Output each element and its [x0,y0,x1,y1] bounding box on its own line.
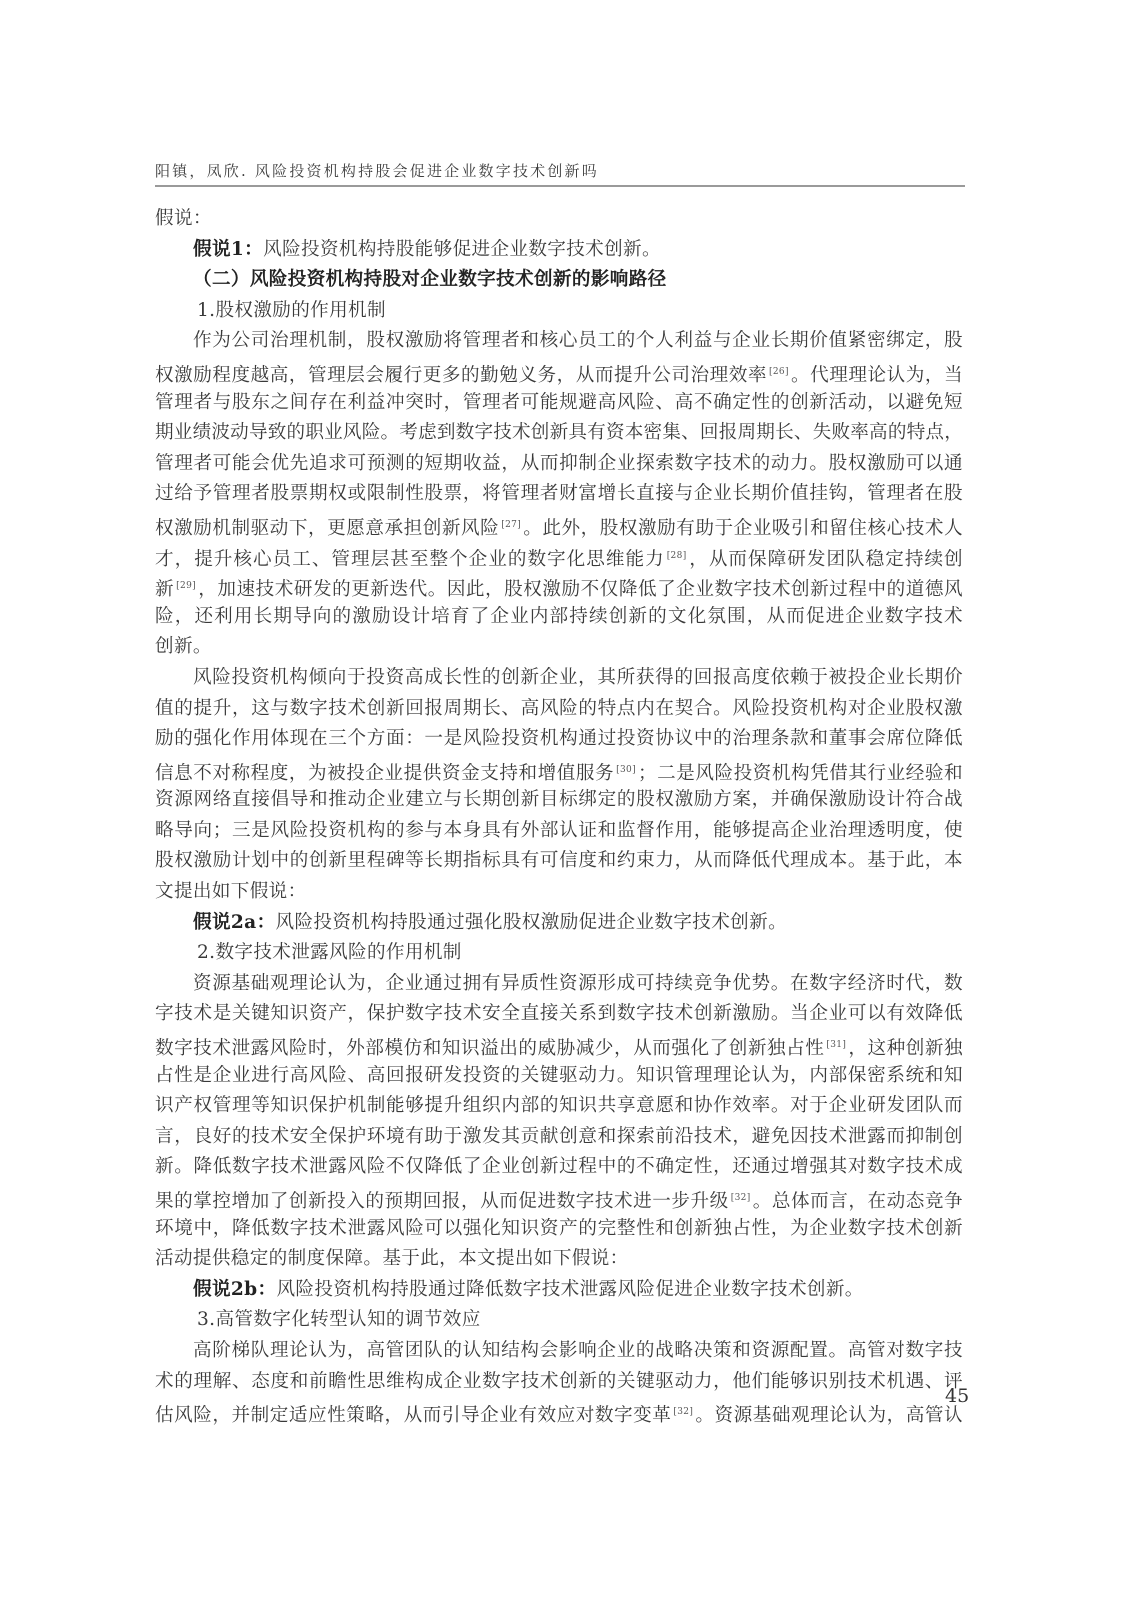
paragraph-text: 资源网络直接倡导和推动企业建立与长期创新目标绑定的股权激励方案，并确保激励设计符… [155,789,963,810]
hypothesis: 假说2a：风险投资机构持股通过强化股权激励促进企业数字技术创新。 [155,908,963,939]
paragraph-line: 权激励程度越高，管理层会履行更多的勤勉义务，从而提升公司治理效率[26]。代理理… [155,357,963,388]
paragraph-line: 新[29]，加速技术研发的更新迭代。因此，股权激励不仅降低了企业数字技术创新过程… [155,571,963,602]
text-segment: ；二是风险投资机构凭借其行业经验和 [638,763,963,784]
text-segment: 新 [155,579,174,600]
paragraph-text: 识产权管理等知识保护机制能够提升组织内部的知识共享意愿和协作效率。对于企业研发团… [155,1095,963,1116]
paragraph-text: 环境中，降低数字技术泄露风险可以强化知识资产的完整性和创新独占性，为企业数字技术… [155,1218,963,1239]
hypothesis-text: 风险投资机构持股通过强化股权激励促进企业数字技术创新。 [276,912,787,933]
paragraph-text: 期业绩波动导致的职业风险。考虑到数字技术创新具有资本密集、回报周期长、失败率高的… [155,422,963,443]
paragraph-text: 占性是企业进行高风险、高回报研发投资的关键驱动力。知识管理理论认为，内部保密系统… [155,1065,963,1086]
paragraph-line: 励的强化作用体现在三个方面：一是风险投资机构通过投资协议中的治理条款和董事会席位… [155,724,963,755]
paragraph-line: 管理者与股东之间存在利益冲突时，管理者可能规避高风险、高不确定性的创新活动，以避… [155,388,963,419]
paragraph-line: 略导向；三是风险投资机构的参与本身具有外部认证和监督作用，能够提高企业治理透明度… [155,816,963,847]
paragraph-line: 权激励机制驱动下，更愿意承担创新风险[27]。此外，股权激励有助于企业吸引和留住… [155,510,963,541]
paragraph-line: 期业绩波动导致的职业风险。考虑到数字技术创新具有资本密集、回报周期长、失败率高的… [155,418,963,449]
paragraph-line: 活动提供稳定的制度保障。基于此，本文提出如下假说： [155,1244,963,1275]
header-rule [155,185,965,187]
text-segment: 。总体而言，在动态竞争 [753,1191,963,1212]
text-segment: 才，提升核心员工、管理层甚至整个企业的数字化思维能力 [155,549,665,570]
paragraph-line: 过给予管理者股票期权或限制性股票，将管理者财富增长直接与企业长期价值挂钩，管理者… [155,479,963,510]
hypothesis-label: 假说1： [193,239,263,260]
text-segment: 数字技术泄露风险时，外部模仿和知识溢出的威胁减少，从而强化了创新独占性 [155,1038,824,1059]
hypothesis-label: 假说2a： [193,912,276,933]
paragraph-text: 股权激励计划中的创新里程碑等长期指标具有可信度和约束力，从而降低代理成本。基于此… [155,850,963,871]
paragraph-line: 环境中，降低数字技术泄露风险可以强化知识资产的完整性和创新独占性，为企业数字技术… [155,1214,963,1245]
subsection-heading: 1.股权激励的作用机制 [155,296,963,327]
paragraph-line: 果的掌控增加了创新投入的预期回报，从而促进数字技术进一步升级[32]。总体而言，… [155,1183,963,1214]
section-heading: （二）风险投资机构持股对企业数字技术创新的影响路径 [155,265,963,296]
text-segment: 。代理理论认为，当 [791,365,963,386]
paragraph-text: 过给予管理者股票期权或限制性股票，将管理者财富增长直接与企业长期价值挂钩，管理者… [155,483,963,504]
paragraph-line: 资源网络直接倡导和推动企业建立与长期创新目标绑定的股权激励方案，并确保激励设计符… [155,785,963,816]
citation-ref[interactable]: [32] [673,1407,693,1417]
paragraph-text: 值的提升，这与数字技术创新回报周期长、高风险的特点内在契合。风险投资机构对企业股… [155,698,963,719]
paragraph-line: 创新。 [155,632,963,663]
citation-ref[interactable]: [30] [616,765,636,775]
paragraph-line: 风险投资机构倾向于投资高成长性的创新企业，其所获得的回报高度依赖于被投企业长期价 [155,663,963,694]
subsection-heading-text: 3.高管数字化转型认知的调节效应 [197,1309,481,1330]
subsection-heading: 2.数字技术泄露风险的作用机制 [155,938,963,969]
running-head: 阳镇，凤欣. 风险投资机构持股会促进企业数字技术创新吗 [155,160,965,181]
paragraph-line: 值的提升，这与数字技术创新回报周期长、高风险的特点内在契合。风险投资机构对企业股… [155,694,963,725]
paragraph-line: 才，提升核心员工、管理层甚至整个企业的数字化思维能力[28]，从而保障研发团队稳… [155,541,963,572]
paragraph-line: 言，良好的技术安全保护环境有助于激发其贡献创意和探索前沿技术，避免因技术泄露而抑… [155,1122,963,1153]
page-number: 45 [945,1385,969,1407]
text-segment: 。此外，股权激励有助于企业吸引和留住核心技术人 [523,518,963,539]
paragraph-line: 术的理解、态度和前瞻性思维构成企业数字技术创新的关键驱动力，他们能够识别技术机遇… [155,1367,963,1398]
paragraph-text: 风险投资机构倾向于投资高成长性的创新企业，其所获得的回报高度依赖于被投企业长期价 [193,667,963,688]
paragraph-text: 作为公司治理机制，股权激励将管理者和核心员工的个人利益与企业长期价值紧密绑定，股 [193,330,963,351]
paragraph-text: 略导向；三是风险投资机构的参与本身具有外部认证和监督作用，能够提高企业治理透明度… [155,820,963,841]
subsection-heading-text: 2.数字技术泄露风险的作用机制 [197,942,462,963]
paragraph-text: 管理者可能会优先追求可预测的短期收益，从而抑制企业探索数字技术的动力。股权激励可… [155,453,963,474]
text-segment: 信息不对称程度，为被投企业提供资金支持和增值服务 [155,763,614,784]
paragraph-line: 字技术是关键知识资产，保护数字技术安全直接关系到数字技术创新激励。当企业可以有效… [155,999,963,1030]
paragraph-line: 资源基础观理论认为，企业通过拥有异质性资源形成可持续竞争优势。在数字经济时代，数 [155,969,963,1000]
citation-ref[interactable]: [26] [769,367,789,377]
paragraph-text: 字技术是关键知识资产，保护数字技术安全直接关系到数字技术创新激励。当企业可以有效… [155,1003,963,1024]
article-body: 假说：假说1：风险投资机构持股能够促进企业数字技术创新。（二）风险投资机构持股对… [155,204,963,1428]
hypothesis: 假说1：风险投资机构持股能够促进企业数字技术创新。 [155,235,963,266]
citation-ref[interactable]: [29] [176,581,196,591]
paragraph-text: 管理者与股东之间存在利益冲突时，管理者可能规避高风险、高不确定性的创新活动，以避… [155,392,963,413]
paragraph-line: 占性是企业进行高风险、高回报研发投资的关键驱动力。知识管理理论认为，内部保密系统… [155,1061,963,1092]
paragraph-text: 活动提供稳定的制度保障。基于此，本文提出如下假说： [155,1248,629,1269]
paragraph-text: 资源基础观理论认为，企业通过拥有异质性资源形成可持续竞争优势。在数字经济时代，数 [193,973,963,994]
paragraph-text: 言，良好的技术安全保护环境有助于激发其贡献创意和探索前沿技术，避免因技术泄露而抑… [155,1126,963,1147]
subsection-heading-text: 1.股权激励的作用机制 [197,300,386,321]
paragraph-text: 险，还利用长期导向的激励设计培育了企业内部持续创新的文化氛围，从而促进企业数字技… [155,606,963,627]
paragraph-text: 励的强化作用体现在三个方面：一是风险投资机构通过投资协议中的治理条款和董事会席位… [155,728,963,749]
paragraph-line: 作为公司治理机制，股权激励将管理者和核心员工的个人利益与企业长期价值紧密绑定，股 [155,326,963,357]
paragraph-text: 创新。 [155,636,212,657]
paragraph-line: 识产权管理等知识保护机制能够提升组织内部的知识共享意愿和协作效率。对于企业研发团… [155,1091,963,1122]
paragraph-text: 术的理解、态度和前瞻性思维构成企业数字技术创新的关键驱动力，他们能够识别技术机遇… [155,1371,963,1392]
citation-ref[interactable]: [27] [501,520,521,530]
section-heading-text: （二）风险投资机构持股对企业数字技术创新的影响路径 [193,269,667,290]
paragraph-text: 新。降低数字技术泄露风险不仅降低了企业创新过程中的不确定性，还通过增强其对数字技… [155,1156,963,1177]
paragraph-line: 估风险，并制定适应性策略，从而引导企业有效应对数字变革[32]。资源基础观理论认… [155,1397,963,1428]
text-segment: 权激励机制驱动下，更愿意承担创新风险 [155,518,499,539]
hypothesis-text: 风险投资机构持股通过降低数字技术泄露风险促进企业数字技术创新。 [276,1279,863,1300]
paragraph-line: 股权激励计划中的创新里程碑等长期指标具有可信度和约束力，从而降低代理成本。基于此… [155,846,963,877]
citation-ref[interactable]: [31] [826,1040,846,1050]
citation-ref[interactable]: [32] [731,1193,751,1203]
paragraph-line: 数字技术泄露风险时，外部模仿和知识溢出的威胁减少，从而强化了创新独占性[31]，… [155,1030,963,1061]
subsection-heading: 3.高管数字化转型认知的调节效应 [155,1305,963,1336]
citation-ref[interactable]: [28] [667,551,687,561]
text-segment: 。资源基础观理论认为，高管认 [695,1405,963,1426]
paragraph-line: 管理者可能会优先追求可预测的短期收益，从而抑制企业探索数字技术的动力。股权激励可… [155,449,963,480]
text-segment: 权激励程度越高，管理层会履行更多的勤勉义务，从而提升公司治理效率 [155,365,767,386]
hypothesis-label: 假说2b： [193,1279,276,1300]
paragraph-line: 假说： [155,204,963,235]
paragraph-text: 假说： [155,208,212,229]
text-segment: 果的掌控增加了创新投入的预期回报，从而促进数字技术进一步升级 [155,1191,729,1212]
paragraph-line: 新。降低数字技术泄露风险不仅降低了企业创新过程中的不确定性，还通过增强其对数字技… [155,1152,963,1183]
paragraph-text: 文提出如下假说： [155,881,307,902]
paragraph-text: 高阶梯队理论认为，高管团队的认知结构会影响企业的战略决策和资源配置。高管对数字技 [193,1340,963,1361]
hypothesis-text: 风险投资机构持股能够促进企业数字技术创新。 [263,239,661,260]
paragraph-line: 险，还利用长期导向的激励设计培育了企业内部持续创新的文化氛围，从而促进企业数字技… [155,602,963,633]
text-segment: ，从而保障研发团队稳定持续创 [689,549,963,570]
text-segment: 估风险，并制定适应性策略，从而引导企业有效应对数字变革 [155,1405,671,1426]
text-segment: ，加速技术研发的更新迭代。因此，股权激励不仅降低了企业数字技术创新过程中的道德风 [198,579,963,600]
hypothesis: 假说2b：风险投资机构持股通过降低数字技术泄露风险促进企业数字技术创新。 [155,1275,963,1306]
paragraph-line: 文提出如下假说： [155,877,963,908]
paragraph-line: 信息不对称程度，为被投企业提供资金支持和增值服务[30]；二是风险投资机构凭借其… [155,755,963,786]
paragraph-line: 高阶梯队理论认为，高管团队的认知结构会影响企业的战略决策和资源配置。高管对数字技 [155,1336,963,1367]
text-segment: ，这种创新独 [848,1038,963,1059]
